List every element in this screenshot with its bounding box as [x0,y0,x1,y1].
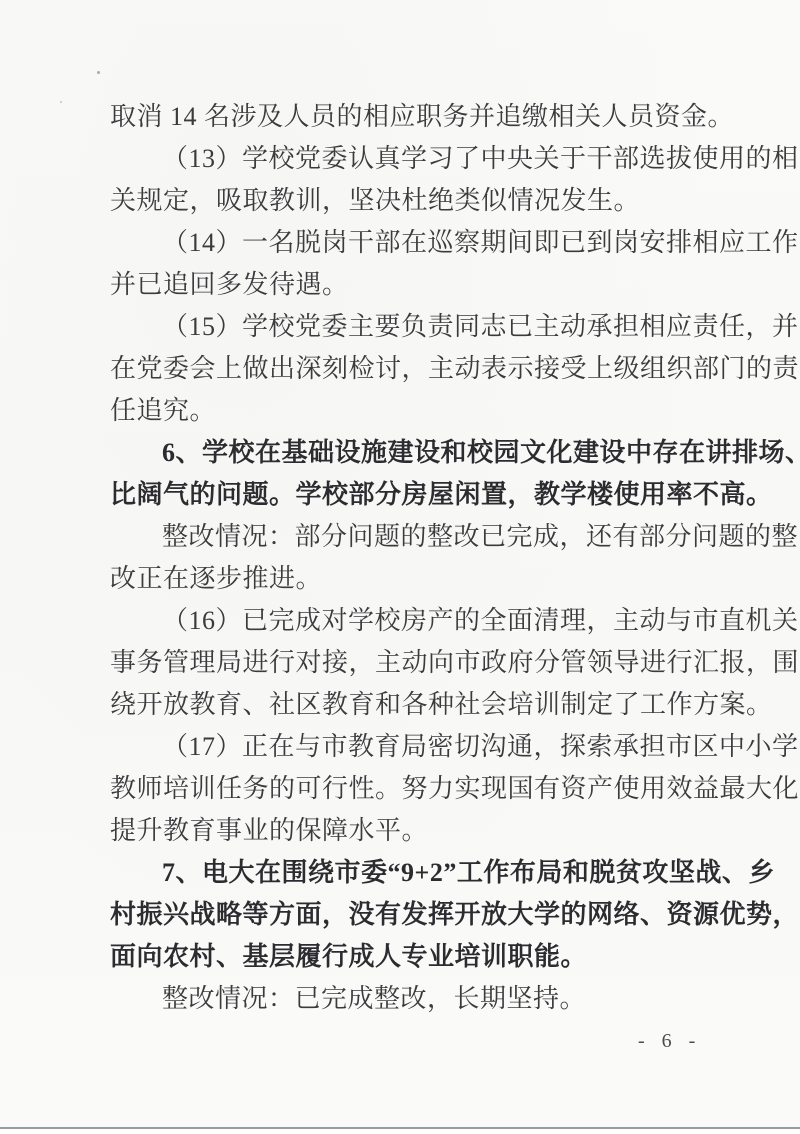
text-line: 绕开放教育、社区教育和各种社会培训制定了工作方案。 [110,684,702,726]
text-line: 比阔气的问题。学校部分房屋闲置，教学楼使用率不高。 [110,474,702,516]
text-line: 事务管理局进行对接，主动向市政府分管领导进行汇报，围 [110,642,702,684]
text-line: （13）学校党委认真学习了中央关于干部选拔使用的相 [110,138,702,180]
text-line: 7、电大在围绕市委“9+2”工作布局和脱贫攻坚战、乡 [110,852,702,894]
text-line: （15）学校党委主要负责同志已主动承担相应责任，并 [110,306,702,348]
text-line: 关规定，吸取教训，坚决杜绝类似情况发生。 [110,180,702,222]
text-line: 取消 14 名涉及人员的相应职务并追缴相关人员资金。 [110,96,702,138]
text-line: 并已追回多发待遇。 [110,264,702,306]
text-line: 整改情况：部分问题的整改已完成，还有部分问题的整 [110,516,702,558]
scan-artifact-speck [60,101,62,103]
text-line: 改正在逐步推进。 [110,558,702,600]
text-line: 提升教育事业的保障水平。 [110,810,702,852]
text-line: 任追究。 [110,390,702,432]
text-line: 面向农村、基层履行成人专业培训职能。 [110,936,702,978]
scan-artifact-speck [97,71,100,74]
text-line: 整改情况：已完成整改，长期坚持。 [110,978,702,1020]
text-line: 6、学校在基础设施建设和校园文化建设中存在讲排场、 [110,432,702,474]
scan-edge-margin [0,1129,800,1134]
document-body: 取消 14 名涉及人员的相应职务并追缴相关人员资金。 （13）学校党委认真学习了… [110,96,702,1020]
text-line: （14）一名脱岗干部在巡察期间即已到岗安排相应工作， [110,222,702,264]
document-page: 取消 14 名涉及人员的相应职务并追缴相关人员资金。 （13）学校党委认真学习了… [0,0,800,1134]
text-line: （17）正在与市教育局密切沟通，探索承担市区中小学 [110,726,702,768]
text-line: 村振兴战略等方面，没有发挥开放大学的网络、资源优势， [110,894,702,936]
text-line: （16）已完成对学校房产的全面清理，主动与市直机关 [110,600,702,642]
text-line: 在党委会上做出深刻检讨，主动表示接受上级组织部门的责 [110,348,702,390]
text-line: 教师培训任务的可行性。努力实现国有资产使用效益最大化， [110,768,702,810]
page-number: - 6 - [638,1030,698,1052]
